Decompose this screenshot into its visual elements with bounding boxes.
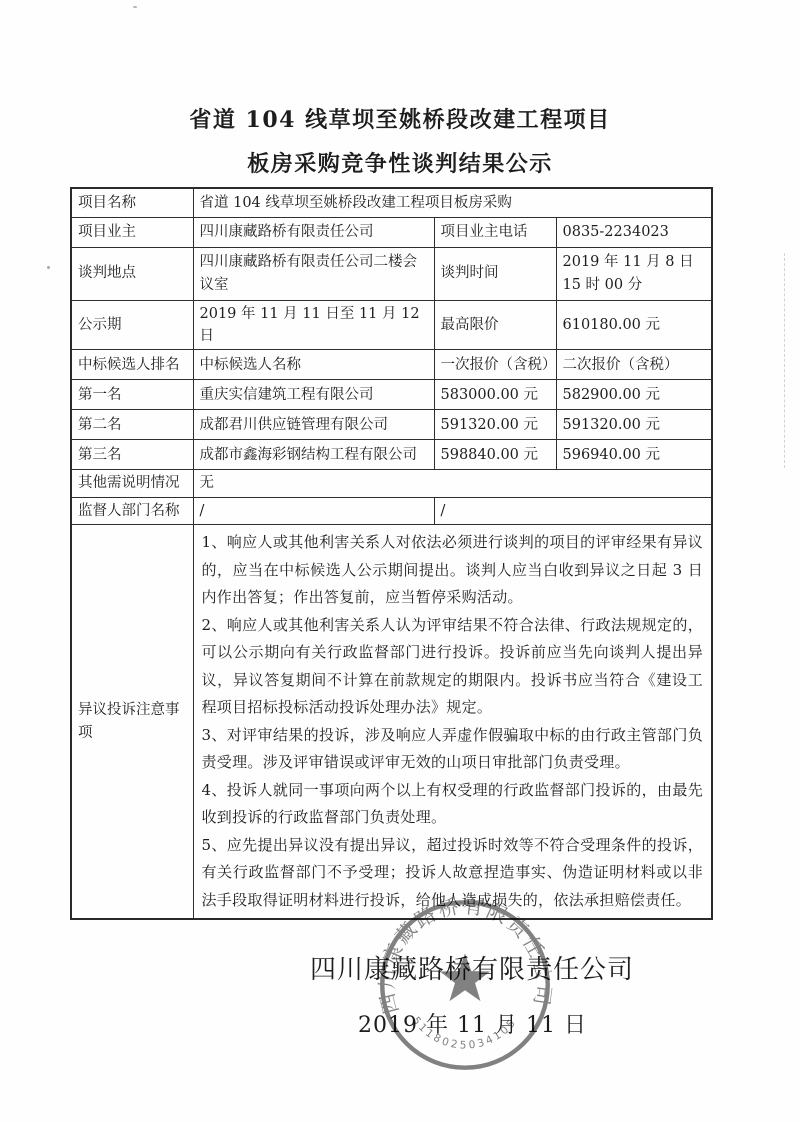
candidate-second-offer: 596940.00 元 (556, 440, 712, 470)
document-title-line2: 板房采购竞争性谈判结果公示 (0, 147, 800, 178)
candidate-first-offer: 591320.00 元 (434, 410, 556, 440)
owner-value: 四川康藏路桥有限责任公司 (193, 217, 434, 247)
supervisor-value-1: / (193, 497, 434, 524)
supervisor-value-2: / (434, 497, 712, 524)
result-table: 项目名称 省道 104 线草坝至姚桥段改建工程项目板房采购 项目业主 四川康藏路… (70, 187, 711, 920)
candidate-name: 成都君川供应链管理有限公司 (193, 410, 434, 440)
other-notes-label: 其他需说明情况 (71, 470, 193, 497)
project-name-value: 省道 104 线草坝至姚桥段改建工程项目板房采购 (193, 188, 712, 217)
scan-speck (133, 6, 137, 8)
max-price-label: 最高限价 (434, 300, 556, 350)
candidate-row: 第一名 重庆实信建筑工程有限公司 583000.00 元 582900.00 元 (71, 380, 712, 410)
candidate-name: 成都市鑫海彩钢结构工程有限公司 (193, 440, 434, 470)
objection-paragraph-3: 3、对评审结果的投诉，涉及响应人弄虚作假骗取中标的由行政主管部门负责受理。涉及评… (202, 722, 704, 777)
candidates-header-row: 中标候选人排名 中标候选人名称 一次报价（含税） 二次报价（含税） (71, 350, 712, 380)
signature-date: 2019 年 11 月 11 日 (358, 1008, 587, 1039)
owner-phone-value: 0835-2234023 (556, 217, 712, 247)
candidate-rank: 第一名 (71, 380, 193, 410)
objection-row: 异议投诉注意事项 1、响应人或其他利害关系人对依法必须进行谈判的项目的评审经果有… (71, 525, 712, 920)
candidate-row: 第二名 成都君川供应链管理有限公司 591320.00 元 591320.00 … (71, 410, 712, 440)
signature-company: 四川康藏路桥有限责任公司 (310, 949, 634, 986)
second-offer-header: 二次报价（含税） (556, 350, 712, 380)
objection-paragraph-4: 4、投诉人就同一事项向两个以上有权受理的行政监督部门投诉的，由最先收到投诉的行政… (202, 777, 704, 832)
table-row: 谈判地点 四川康藏路桥有限责任公司二楼会议室 谈判时间 2019 年 11 月 … (71, 247, 712, 300)
project-name-label: 项目名称 (71, 188, 193, 217)
name-header: 中标候选人名称 (193, 350, 434, 380)
time-value: 2019 年 11 月 8 日 15 时 00 分 (556, 247, 712, 300)
table-row: 项目业主 四川康藏路桥有限责任公司 项目业主电话 0835-2234023 (71, 217, 712, 247)
candidate-row: 第三名 成都市鑫海彩钢结构工程有限公司 598840.00 元 596940.0… (71, 440, 712, 470)
publicity-label: 公示期 (71, 300, 193, 350)
document-page: 省道 104 线草坝至姚桥段改建工程项目 板房采购竞争性谈判结果公示 项目名称 … (0, 0, 800, 1122)
venue-label: 谈判地点 (71, 247, 193, 300)
objection-paragraph-2: 2、响应人或其他利害关系人认为评审结果不符合法律、行政法规规定的，可以公示期向有… (202, 612, 704, 722)
objection-paragraph-5: 5、应先提出异议没有提出异议，超过投诉时效等不符合受理条件的投诉，有关行政监督部… (202, 832, 704, 915)
candidate-second-offer: 591320.00 元 (556, 410, 712, 440)
table-row: 公示期 2019 年 11 月 11 日至 11 月 12 日 最高限价 610… (71, 300, 712, 350)
owner-label: 项目业主 (71, 217, 193, 247)
candidate-second-offer: 582900.00 元 (556, 380, 712, 410)
scan-artifact-line (784, 253, 785, 468)
venue-value: 四川康藏路桥有限责任公司二楼会议室 (193, 247, 434, 300)
candidate-rank: 第三名 (71, 440, 193, 470)
rank-header: 中标候选人排名 (71, 350, 193, 380)
scan-speck (47, 266, 50, 269)
objection-label: 异议投诉注意事项 (71, 525, 193, 920)
table-row: 其他需说明情况 无 (71, 470, 712, 497)
first-offer-header: 一次报价（含税） (434, 350, 556, 380)
supervisor-label: 监督人部门名称 (71, 497, 193, 524)
candidate-rank: 第二名 (71, 410, 193, 440)
max-price-value: 610180.00 元 (556, 300, 712, 350)
document-title-line1: 省道 104 线草坝至姚桥段改建工程项目 (0, 103, 800, 134)
candidate-name: 重庆实信建筑工程有限公司 (193, 380, 434, 410)
objection-text-cell: 1、响应人或其他利害关系人对依法必须进行谈判的项目的评审经果有异议的，应当在中标… (193, 525, 712, 920)
candidate-first-offer: 598840.00 元 (434, 440, 556, 470)
publicity-value: 2019 年 11 月 11 日至 11 月 12 日 (193, 300, 434, 350)
time-label: 谈判时间 (434, 247, 556, 300)
candidate-first-offer: 583000.00 元 (434, 380, 556, 410)
table-row: 监督人部门名称 / / (71, 497, 712, 524)
objection-paragraph-1: 1、响应人或其他利害关系人对依法必须进行谈判的项目的评审经果有异议的，应当在中标… (202, 529, 704, 612)
other-notes-value: 无 (193, 470, 712, 497)
owner-phone-label: 项目业主电话 (434, 217, 556, 247)
table-row: 项目名称 省道 104 线草坝至姚桥段改建工程项目板房采购 (71, 188, 712, 217)
